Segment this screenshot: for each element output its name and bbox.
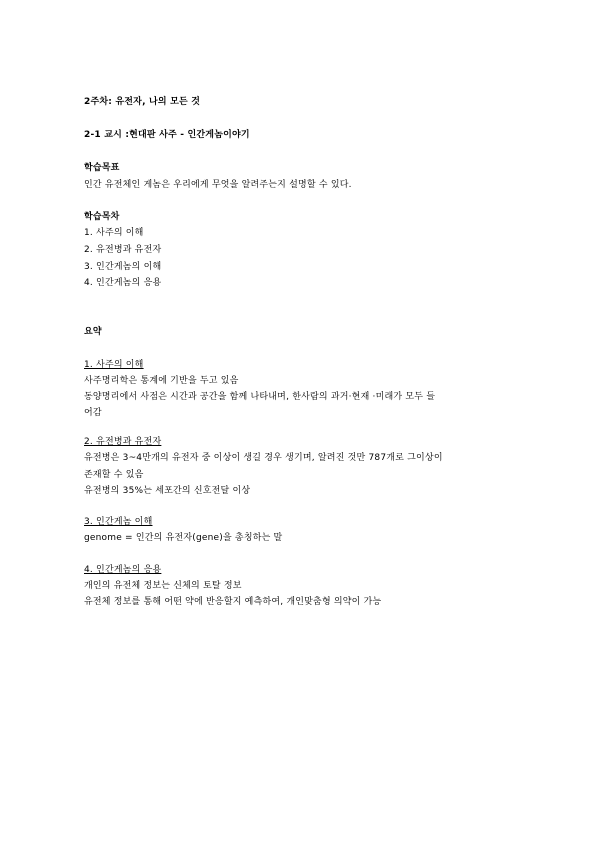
summary-section-4-title: 4. 인간게놈의 응용 [84,564,161,576]
summary-section-1-line-2: 동양명리에서 사점은 시간과 공간을 함께 나타내며, 한사람의 과거·현재 ·… [84,391,435,403]
contents-heading: 학습목차 [84,211,120,223]
summary-section-2-line-3: 유전병의 35%는 세포간의 신호전달 이상 [84,485,250,497]
contents-item-2: 2. 유전병과 유전자 [84,244,161,256]
summary-section-2-title: 2. 유전병과 유전자 [84,436,161,448]
objective-text: 인간 유전체인 게놈은 우리에게 무엇을 알려주는지 설명할 수 있다. [84,179,352,191]
summary-heading: 요약 [84,326,102,338]
document-page: 2주차: 유전자, 나의 모든 것 2-1 교시 :현대판 사주 - 인간게놈이… [0,0,595,841]
summary-section-2-line-1: 유전병은 3~4만개의 유전자 중 이상이 생길 경우 생기며, 알려진 것만 … [84,452,443,464]
contents-item-3: 3. 인간게놈의 이해 [84,261,161,273]
objective-heading: 학습목표 [84,162,120,174]
summary-section-3-title: 3. 인간게놈 이해 [84,516,152,528]
lesson-title: 2-1 교시 :현대판 사주 - 인간게놈이야기 [84,129,250,141]
summary-section-1-line-3: 어감 [84,407,102,419]
week-title: 2주차: 유전자, 나의 모든 것 [84,96,200,108]
summary-section-3-line-1: genome = 인간의 유전자(gene)을 총칭하는 말 [84,532,282,544]
contents-item-4: 4. 인간게놈의 응용 [84,277,161,289]
summary-section-2-line-2: 존재할 수 있음 [84,469,144,481]
summary-section-1-line-1: 사주명리학은 통계에 기반을 두고 있음 [84,375,239,387]
contents-item-1: 1. 사주의 이해 [84,227,144,239]
summary-section-1-title: 1. 사주의 이해 [84,359,144,371]
summary-section-4-line-1: 개인의 유전체 정보는 신체의 토탈 정보 [84,580,242,592]
summary-section-4-line-2: 유전체 정보를 통해 어떤 약에 반응할지 예측하여, 개인맞춤형 의약이 가능 [84,596,381,608]
